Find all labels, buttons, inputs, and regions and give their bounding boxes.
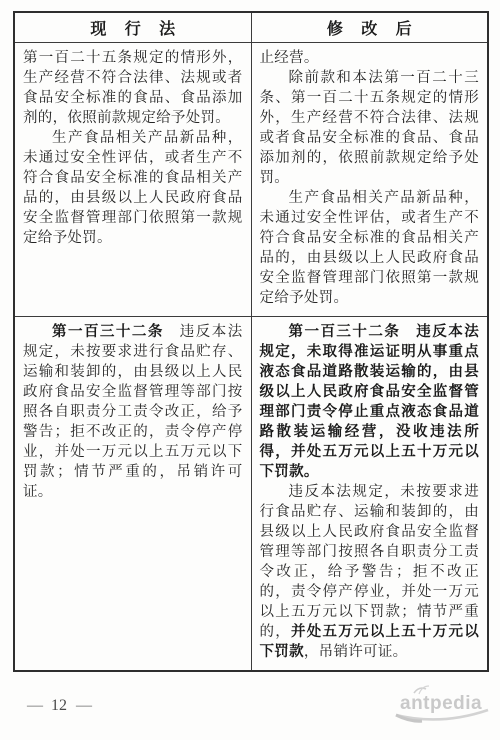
watermark-text: antpedia (400, 693, 482, 714)
law-text-bold: 第一百三十二条 违反本法规定，未取得准运证明从事重点液态食品道路散装运输的，由县… (260, 324, 480, 480)
column-header-current-law: 现 行 法 (14, 12, 251, 43)
table-row: 第一百二十五条规定的情形外，生产经营不符合法律、法规或者食品安全标准的食品、食品… (14, 43, 488, 317)
law-text: 违反本法规定，未按要求进行食品贮存、运输和装卸的，由县级以上人民政府食品安全监督… (23, 324, 243, 500)
table-header-row: 现 行 法 修 改 后 (14, 12, 488, 43)
cell-current-law: 第一百三十二条 违反本法规定，未按要求进行食品贮存、运输和装卸的，由县级以上人民… (14, 317, 251, 672)
law-paragraph: 第一百二十五条规定的情形外，生产经营不符合法律、法规或者食品安全标准的食品、食品… (23, 48, 243, 128)
cell-revised: 止经营。除前款和本法第一百二十三条、第一百二十五条规定的情形外，生产经营不符合法… (251, 43, 488, 317)
page-number: —12— (18, 697, 100, 715)
law-text: 除前款和本法第一百二十三条、第一百二十五条规定的情形外，生产经营不符合法律、法规… (260, 70, 480, 186)
law-text: 生产食品相关产品新品种，未通过安全性评估，或者生产不符合食品安全标准的食品相关产… (260, 190, 480, 306)
cell-current-law: 第一百二十五条规定的情形外，生产经营不符合法律、法规或者食品安全标准的食品、食品… (14, 43, 251, 317)
page-number-dash-left: — (27, 697, 42, 714)
page-number-dash-right: — (76, 697, 91, 714)
law-paragraph: 生产食品相关产品新品种，未通过安全性评估，或者生产不符合食品安全标准的食品相关产… (260, 188, 480, 308)
law-paragraph: 生产食品相关产品新品种，未通过安全性评估，或者生产不符合食品安全标准的食品相关产… (23, 128, 243, 248)
table-row: 第一百三十二条 违反本法规定，未按要求进行食品贮存、运输和装卸的，由县级以上人民… (14, 317, 488, 672)
law-text: 止经营。 (260, 50, 319, 66)
law-text: 第一百二十五条规定的情形外，生产经营不符合法律、法规或者食品安全标准的食品、食品… (23, 50, 243, 126)
law-paragraph: 违反本法规定，未按要求进行食品贮存、运输和装卸的，由县级以上人民政府食品安全监督… (260, 482, 480, 662)
law-paragraph: 止经营。 (260, 48, 480, 68)
page-number-value: 12 (51, 697, 67, 714)
column-header-revised: 修 改 后 (251, 12, 488, 43)
law-paragraph: 第一百三十二条 违反本法规定，未按要求进行食品贮存、运输和装卸的，由县级以上人民… (23, 322, 243, 502)
cell-revised: 第一百三十二条 违反本法规定，未取得准运证明从事重点液态食品道路散装运输的，由县… (251, 317, 488, 672)
law-text-bold: 第一百三十二条 (52, 324, 164, 340)
watermark-logo-icon: antpedia (392, 684, 492, 726)
law-text: 生产食品相关产品新品种，未通过安全性评估，或者生产不符合食品安全标准的食品相关产… (23, 130, 243, 246)
law-text: 违反本法规定，未按要求进行食品贮存、运输和装卸的，由县级以上人民政府食品安全监督… (260, 484, 480, 640)
law-text: ，吊销许可证。 (304, 644, 408, 660)
law-paragraph: 除前款和本法第一百二十三条、第一百二十五条规定的情形外，生产经营不符合法律、法规… (260, 68, 480, 188)
law-comparison-table: 现 行 法 修 改 后 第一百二十五条规定的情形外，生产经营不符合法律、法规或者… (13, 11, 489, 672)
antpedia-watermark: antpedia (392, 684, 492, 726)
document-page: 现 行 法 修 改 后 第一百二十五条规定的情形外，生产经营不符合法律、法规或者… (0, 0, 500, 740)
law-paragraph: 第一百三十二条 违反本法规定，未取得准运证明从事重点液态食品道路散装运输的，由县… (260, 322, 480, 482)
